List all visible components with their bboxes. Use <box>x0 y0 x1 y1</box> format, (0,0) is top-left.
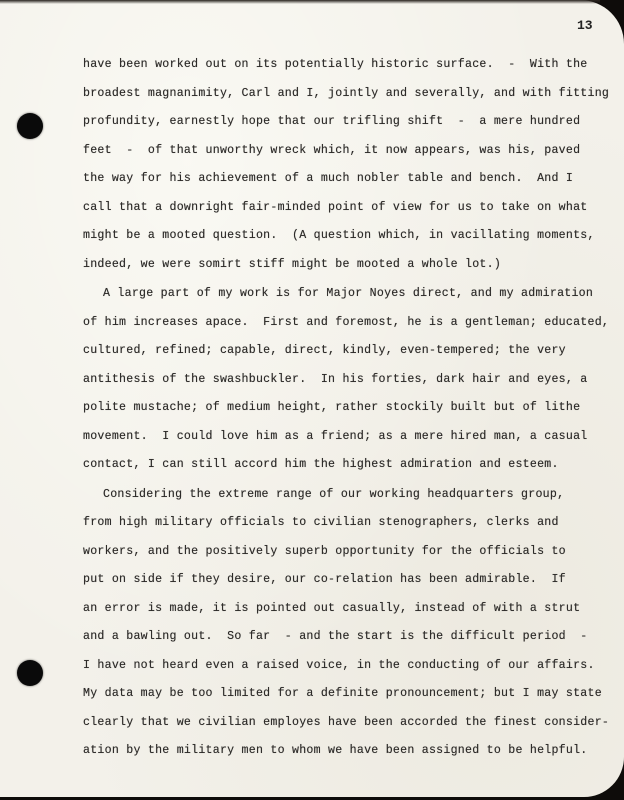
text-line: ation by the military men to whom we hav… <box>83 742 603 771</box>
text-line: workers, and the positively superb oppor… <box>83 543 603 572</box>
text-line: cultured, refined; capable, direct, kind… <box>83 342 603 371</box>
text-line: broadest magnanimity, Carl and I, jointl… <box>83 85 603 114</box>
paragraph-1: have been worked out on its potentially … <box>83 56 603 284</box>
text-line: call that a downright fair-minded point … <box>83 199 603 228</box>
text-line: antithesis of the swashbuckler. In his f… <box>83 371 603 400</box>
typewritten-page: 13 have been worked out on its potential… <box>0 0 624 797</box>
text-line: Considering the extreme range of our wor… <box>83 486 603 515</box>
text-line: from high military officials to civilian… <box>83 514 603 543</box>
text-line: of him increases apace. First and foremo… <box>83 314 603 343</box>
text-line: feet - of that unworthy wreck which, it … <box>83 142 603 171</box>
paragraph-3: Considering the extreme range of our wor… <box>83 486 603 771</box>
text-line: an error is made, it is pointed out casu… <box>83 600 603 629</box>
text-line: profundity, earnestly hope that our trif… <box>83 113 603 142</box>
text-line: have been worked out on its potentially … <box>83 56 603 85</box>
page-number: 13 <box>577 18 593 33</box>
paragraph-2: A large part of my work is for Major Noy… <box>83 285 603 485</box>
text-line: contact, I can still accord him the high… <box>83 456 603 485</box>
text-line: A large part of my work is for Major Noy… <box>83 285 603 314</box>
page-top-edge-shadow <box>0 0 600 4</box>
text-line: and a bawling out. So far - and the star… <box>83 628 603 657</box>
text-line: might be a mooted question. (A question … <box>83 227 603 256</box>
text-line: the way for his achievement of a much no… <box>83 170 603 199</box>
body-text: have been worked out on its potentially … <box>83 56 603 771</box>
text-line: indeed, we were somirt stiff might be mo… <box>83 256 603 285</box>
text-line: polite mustache; of medium height, rathe… <box>83 399 603 428</box>
binder-hole-top <box>17 113 43 139</box>
text-line: My data may be too limited for a definit… <box>83 685 603 714</box>
text-line: put on side if they desire, our co-relat… <box>83 571 603 600</box>
text-line: I have not heard even a raised voice, in… <box>83 657 603 686</box>
text-line: movement. I could love him as a friend; … <box>83 428 603 457</box>
binder-hole-bottom <box>17 660 43 686</box>
text-line: clearly that we civilian employes have b… <box>83 714 603 743</box>
